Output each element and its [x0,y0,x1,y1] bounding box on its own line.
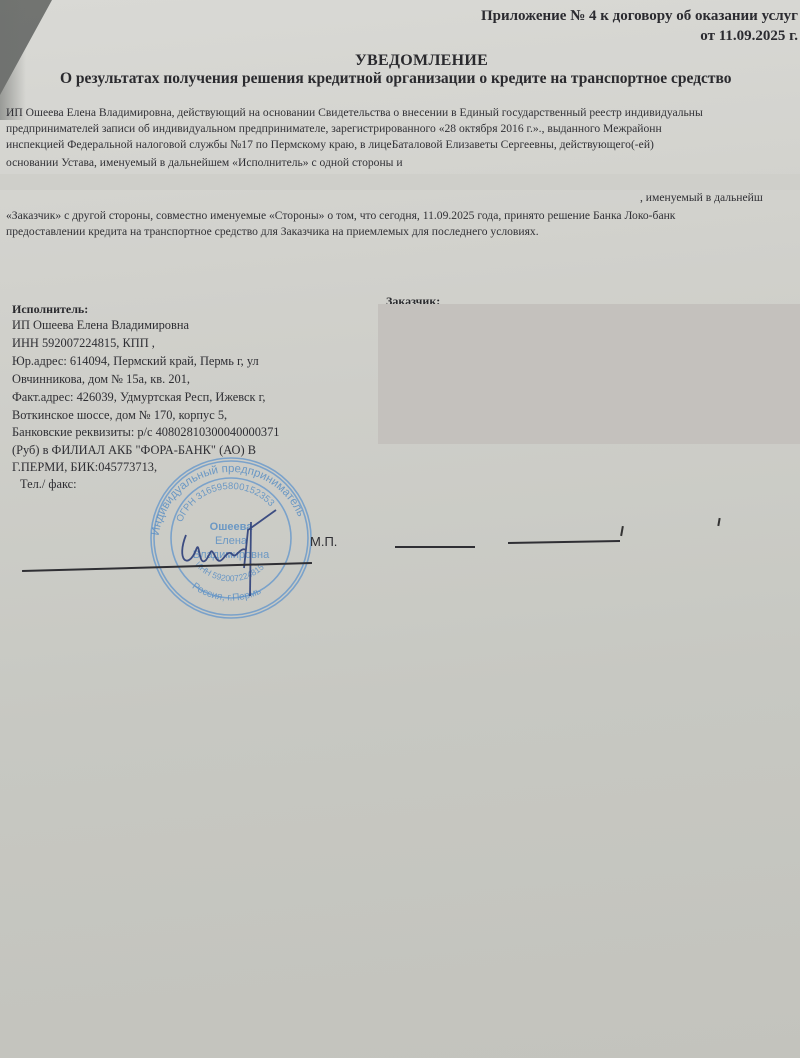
svg-text:Владимировна: Владимировна [193,549,270,561]
executor-actual-address-1: Факт.адрес: 426039, Удмуртская Респ, Иже… [12,390,265,405]
body-line-7: предоставлении кредита на транспортное с… [6,224,800,240]
executor-phone-fax: Тел./ факс: [20,477,77,492]
body-line-6: «Заказчик» с другой стороны, совместно и… [6,208,800,224]
svg-text:Елена: Елена [215,535,248,547]
body-line-5: , именуемый в дальнейш [640,190,800,206]
seal-placeholder-label: М.П. [310,534,337,549]
document-subtitle: О результатах получения решения кредитно… [60,70,732,88]
body-line-4: основании Устава, именуемый в дальнейшем… [6,155,800,171]
executor-name: ИП Ошеева Елена Владимировна [12,318,189,333]
svg-text:Ошеева: Ошеева [210,521,254,533]
svg-text:Россия, г.Пермь: Россия, г.Пермь [190,581,263,604]
body-line-3: инспекцией Федеральной налоговой службы … [6,137,800,153]
executor-actual-address-2: Воткинское шоссе, дом № 170, корпус 5, [12,408,227,423]
redacted-customer-details [378,304,800,444]
signature-separator-mark [620,526,623,536]
customer-name-line [508,540,620,543]
appendix-header: Приложение № 4 к договору об оказании ус… [481,6,798,46]
document-page: Приложение № 4 к договору об оказании ус… [0,0,800,1058]
executor-bank-1: Банковские реквизиты: р/с 40802810300040… [12,425,280,440]
signature-end-mark [717,518,720,526]
executor-legal-address-2: Овчинникова, дом № 15а, кв. 201, [12,372,190,387]
photo-shadow-edge [0,0,26,120]
executor-inn: ИНН 592007224815, КПП , [12,336,155,351]
body-line-1: ИП Ошеева Елена Владимировна, действующи… [6,105,800,121]
customer-signature-line [395,546,475,548]
appendix-line-1: Приложение № 4 к договору об оказании ус… [481,6,798,26]
body-line-2: предпринимателей записи об индивидуально… [6,121,800,137]
redacted-customer-name [0,174,800,190]
appendix-date: от 11.09.2025 г. [481,26,798,46]
document-title: УВЕДОМЛЕНИЕ [355,52,488,70]
company-stamp-icon: Индивидуальный предприниматель ОГРН 3165… [136,450,326,620]
executor-legal-address-1: Юр.адрес: 614094, Пермский край, Пермь г… [12,354,259,369]
executor-heading: Исполнитель: [12,302,88,317]
